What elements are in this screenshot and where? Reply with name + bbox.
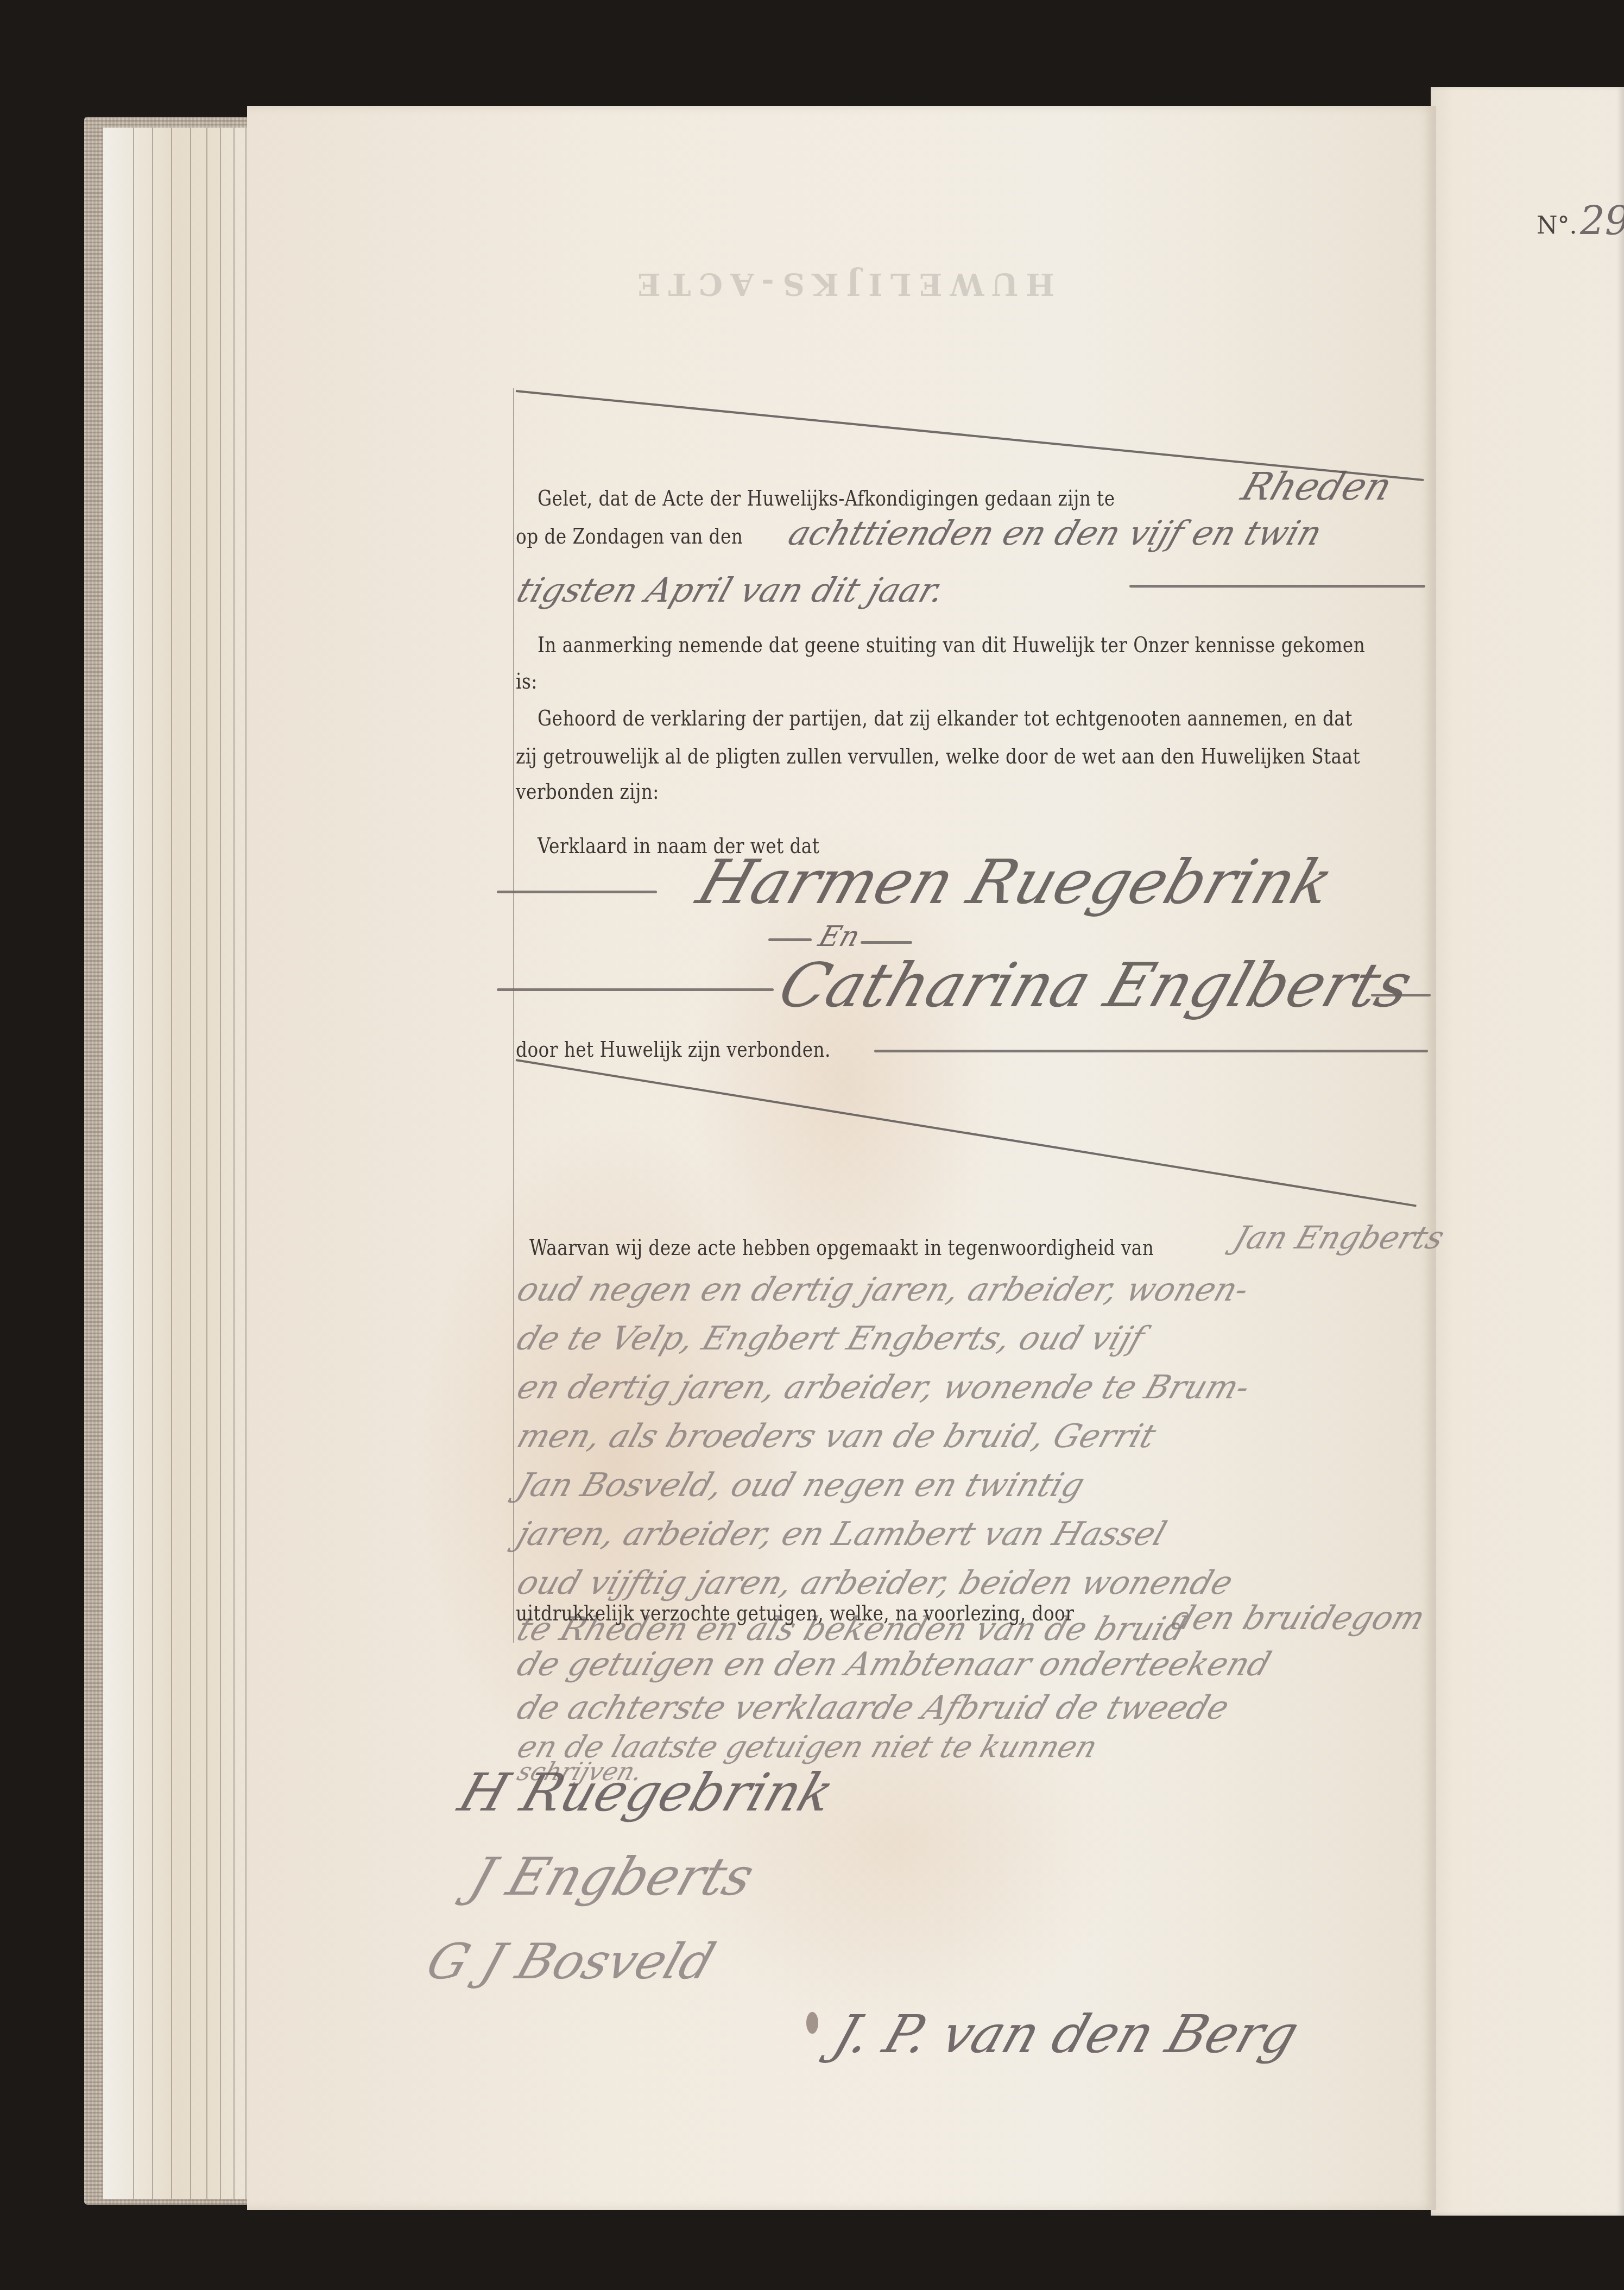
printed-gelet: Gelet, dat de Acte der Huwelijks-Afkondi…: [538, 486, 1115, 511]
fill-rule: [874, 1050, 1428, 1052]
signature-official: J. P. van den Berg: [826, 2004, 1306, 2065]
record-number-label: N°.: [1537, 212, 1577, 239]
faint-show-through-header: HUWELIJKS-ACTE: [630, 266, 1054, 302]
witness-text-5: men, als broeders van de bruid, Gerrit: [513, 1417, 1161, 1455]
witness-text-7: jaren, arbeider, en Lambert van Hassel: [513, 1515, 1171, 1553]
handwritten-place: Rheden: [1236, 464, 1398, 509]
handwritten-dates-1: achttienden en den vijf en twin: [783, 513, 1327, 553]
witness-text-3: de te Velp, Engbert Engberts, oud vijf: [513, 1320, 1149, 1358]
printed-gehoord-1: Gehoord de verklaring der partijen, dat …: [538, 706, 1353, 731]
ink-stain: [806, 2012, 818, 2034]
fill-rule: [768, 938, 812, 941]
printed-gehoord-2: zij getrouwelijk al de pligten zullen ve…: [516, 744, 1360, 769]
groom-name: Harmen Ruegebrink: [689, 847, 1342, 918]
witness-text-2: oud negen en dertig jaren, arbeider, won…: [513, 1271, 1254, 1309]
closing-text-2: de getuigen en den Ambtenaar onderteeken…: [513, 1645, 1276, 1683]
witness-text-4: en dertig jaren, arbeider, wonende te Br…: [513, 1368, 1255, 1406]
fill-rule: [1129, 585, 1425, 588]
printed-uitdrukkelijk: uitdrukkelijk verzochte getuigen, welke,…: [516, 1601, 1074, 1626]
signature-groom: H Ruegebrink: [452, 1762, 842, 1823]
fill-rule: [497, 988, 774, 991]
printed-zondagen: op de Zondagen van den: [516, 524, 743, 549]
fill-rule: [497, 891, 657, 893]
witness-text-6: Jan Bosveld, oud negen en twintig: [513, 1466, 1090, 1504]
closing-text-3: de achterste verklaarde Afbruid de tweed…: [513, 1689, 1234, 1727]
signature-witness-1: J Engberts: [463, 1846, 762, 1907]
printed-door-het: door het Huwelijk zijn verbonden.: [516, 1037, 831, 1062]
witness-text-8: oud vijftig jaren, arbeider, beiden wone…: [513, 1564, 1238, 1602]
fill-rule: [861, 941, 912, 944]
printed-gehoord-3: verbonden zijn:: [516, 779, 659, 804]
handwritten-dates-2: tigsten April van dit jaar.: [512, 570, 950, 610]
page-stack-left: [103, 128, 266, 2199]
printed-waarvan: Waarvan wij deze acte hebben opgemaakt i…: [529, 1235, 1154, 1260]
printed-aanmerking-1: In aanmerking nemende dat geene stuiting…: [538, 633, 1365, 658]
facing-page: N°. 29: [1431, 87, 1624, 2216]
printed-aanmerking-2: is:: [516, 669, 538, 694]
bride-name: Catharina Englberts: [770, 950, 1421, 1021]
closing-text-1: den bruidegom: [1167, 1599, 1430, 1637]
fill-rule: [1371, 994, 1431, 996]
record-number: 29: [1580, 198, 1624, 244]
witness-text-1: Jan Engberts: [1229, 1219, 1449, 1256]
signature-witness-2: G J Bosveld: [420, 1933, 722, 1990]
